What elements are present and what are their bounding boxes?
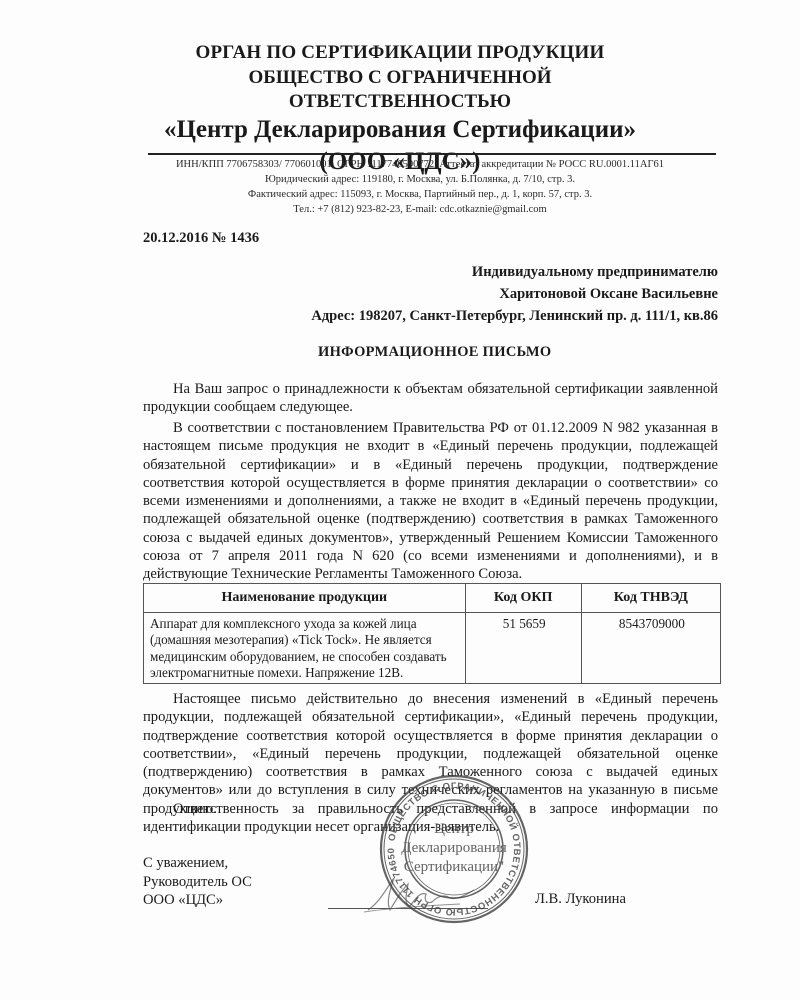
document-number: 20.12.2016 № 1436 — [143, 230, 259, 247]
recipient-title: Индивидуальному предпринимателю — [311, 261, 718, 283]
paragraph-request: На Ваш запрос о принадлежности к объекта… — [143, 380, 718, 417]
org-name: «Центр Декларирования Сертификации» — [140, 114, 660, 146]
header-divider — [148, 153, 716, 155]
company-seal-icon: ОБЩЕСТВО С ОГРАНИЧЕННОЙ ОТВЕТСТВЕННОСТЬЮ… — [378, 773, 530, 925]
document-title: ИНФОРМАЦИОННОЕ ПИСЬМО — [318, 344, 551, 361]
paragraph-text: В соответствии с постановлением Правител… — [143, 419, 718, 584]
recipient-name: Харитоновой Оксане Васильевне — [311, 283, 718, 305]
contacts: Тел.: +7 (812) 923-82-23, E-mail: cdc.ot… — [140, 202, 700, 217]
closing-regards: С уважением, — [143, 854, 252, 873]
recipient-address: Адрес: 198207, Санкт-Петербург, Ленински… — [311, 305, 718, 327]
letter-page: ОРГАН ПО СЕРТИФИКАЦИИ ПРОДУКЦИИ ОБЩЕСТВО… — [0, 0, 800, 1000]
inn-line: ИНН/КПП 7706758303/ 770601001, ОГРН 1117… — [140, 157, 700, 172]
org-type: ОРГАН ПО СЕРТИФИКАЦИИ ПРОДУКЦИИ — [140, 40, 660, 66]
product-name-cell: Аппарат для комплексного ухода за кожей … — [144, 613, 466, 684]
organization-requisites: ИНН/КПП 7706758303/ 770601001, ОГРН 1117… — [140, 157, 700, 217]
paragraph-decision: В соответствии с постановлением Правител… — [143, 419, 718, 584]
tnved-code-cell: 8543709000 — [581, 613, 720, 684]
closing-block: С уважением, Руководитель ОС ООО «ЦДС» — [143, 854, 252, 910]
header-product-name: Наименование продукции — [144, 584, 466, 613]
table-header-row: Наименование продукции Код ОКП Код ТНВЭД — [144, 584, 721, 613]
header-tnved-code: Код ТНВЭД — [581, 584, 720, 613]
signer-name: Л.В. Луконина — [535, 891, 626, 908]
stamp-center-line2: Декларирования — [401, 840, 507, 856]
paragraph-text: На Ваш запрос о принадлежности к объекта… — [143, 380, 718, 417]
closing-company: ООО «ЦДС» — [143, 891, 252, 910]
closing-position: Руководитель ОС — [143, 873, 252, 892]
header-okp-code: Код ОКП — [465, 584, 581, 613]
legal-address: Юридический адрес: 119180, г. Москва, ул… — [140, 172, 700, 187]
products-table: Наименование продукции Код ОКП Код ТНВЭД… — [143, 583, 721, 684]
stamp-center-line3: Сертификации" — [404, 859, 504, 875]
stamp-center-line1: Центр — [434, 821, 474, 837]
recipient-block: Индивидуальному предпринимателю Харитоно… — [311, 261, 718, 327]
okp-code-cell: 51 5659 — [465, 613, 581, 684]
actual-address: Фактический адрес: 115093, г. Москва, Па… — [140, 187, 700, 202]
table-row: Аппарат для комплексного ухода за кожей … — [144, 613, 721, 684]
org-legal-form: ОБЩЕСТВО С ОГРАНИЧЕННОЙ ОТВЕТСТВЕННОСТЬЮ — [140, 66, 660, 114]
